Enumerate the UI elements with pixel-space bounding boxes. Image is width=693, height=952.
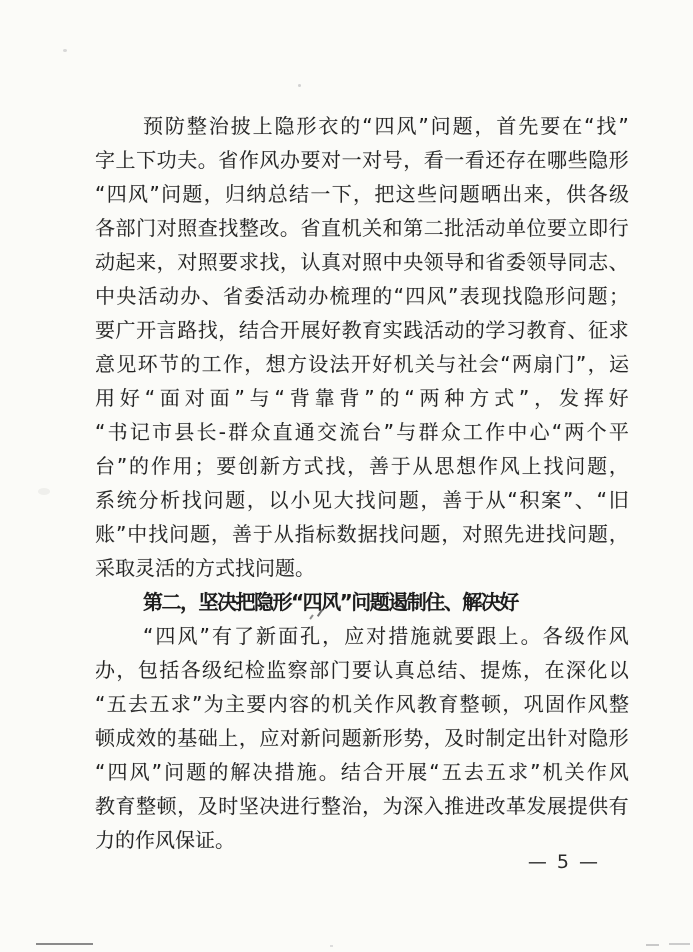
scan-speck bbox=[330, 945, 333, 947]
scan-edge-dash bbox=[669, 943, 690, 945]
page-number: — 5 — bbox=[528, 851, 600, 873]
text-line: 预防整治披上隐形衣的“四风”问题，首先要在“找” bbox=[95, 109, 629, 143]
scan-smudge bbox=[38, 488, 50, 495]
text-line: 要广开言路找，结合开展好教育实践活动的学习教育、征求 bbox=[95, 313, 629, 347]
text-line: 采取灵活的方式找问题。 bbox=[95, 551, 629, 585]
text-line: “五去五求”为主要内容的机关作风教育整顿，巩固作风整 bbox=[95, 687, 629, 721]
text-line: 账”中找问题，善于从指标数据找问题，对照先进找问题， bbox=[95, 517, 629, 551]
scan-speck bbox=[298, 84, 301, 87]
text-line: 中央活动办、省委活动办梳理的“四风”表现找隐形问题； bbox=[95, 279, 629, 313]
text-line: 意见环节的工作，想方设法开好机关与社会“两扇门”，运 bbox=[95, 347, 629, 381]
text-line: 用好“面对面”与“背靠背”的“两种方式”，发挥好 bbox=[95, 381, 629, 415]
text-line: “四风”问题，归纳总结一下，把这些问题晒出来，供各级 bbox=[95, 177, 629, 211]
text-line: 办，包括各级纪检监察部门要认真总结、提炼，在深化以 bbox=[95, 653, 629, 687]
text-line: 各部门对照查找整改。省直机关和第二批活动单位要立即行 bbox=[95, 211, 629, 245]
text-line: 动起来，对照要求找，认真对照中央领导和省委领导同志、 bbox=[95, 245, 629, 279]
text-line: “书记市县长-群众直通交流台”与群众工作中心“两个平 bbox=[95, 415, 629, 449]
scan-edge-dash bbox=[646, 944, 659, 946]
scan-edge-line bbox=[36, 943, 93, 945]
text-line: “四风”问题的解决措施。结合开展“五去五求”机关作风 bbox=[95, 755, 629, 789]
scanned-document-page: 预防整治披上隐形衣的“四风”问题，首先要在“找”字上下功夫。省作风办要对一对号，… bbox=[0, 0, 693, 952]
text-line: 教育整顿，及时坚决进行整治，为深入推进改革发展提供有 bbox=[95, 789, 629, 823]
text-block: 预防整治披上隐形衣的“四风”问题，首先要在“找”字上下功夫。省作风办要对一对号，… bbox=[95, 109, 629, 857]
text-line: “四风”有了新面孔，应对措施就要跟上。各级作风 bbox=[95, 619, 629, 653]
text-line: 台”的作用；要创新方式找，善于从思想作风上找问题， bbox=[95, 449, 629, 483]
scan-speck bbox=[63, 49, 67, 52]
text-line: 字上下功夫。省作风办要对一对号，看一看还存在哪些隐形 bbox=[95, 143, 629, 177]
section-heading: 第二，坚决把隐形“四风”问题遏制住、解决好 bbox=[95, 585, 629, 619]
text-line: 顿成效的基础上，应对新问题新形势，及时制定出针对隐形 bbox=[95, 721, 629, 755]
text-line: 系统分析找问题，以小见大找问题，善于从“积案”、“旧 bbox=[95, 483, 629, 517]
